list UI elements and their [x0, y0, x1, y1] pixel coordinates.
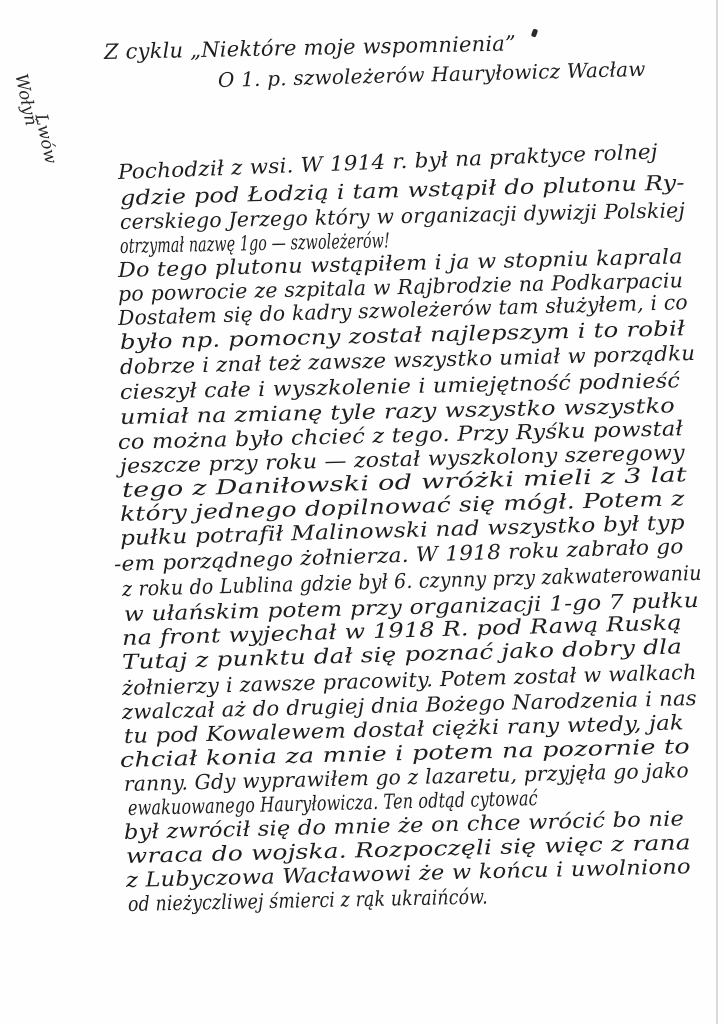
ink-mark — [531, 28, 538, 37]
scanned-manuscript-page: Wołyń Lwów Z cyklu „Niektóre moje wspomn… — [0, 0, 724, 1024]
header-subject-title: O 1. p. szwoleżerów Hauryłowicz Wacław — [218, 57, 646, 92]
margin-note: Lwów — [30, 112, 60, 166]
scan-edge-line — [716, 0, 718, 1024]
header-series-title: Z cyklu „Niektóre moje wspomnienia” — [104, 31, 516, 64]
